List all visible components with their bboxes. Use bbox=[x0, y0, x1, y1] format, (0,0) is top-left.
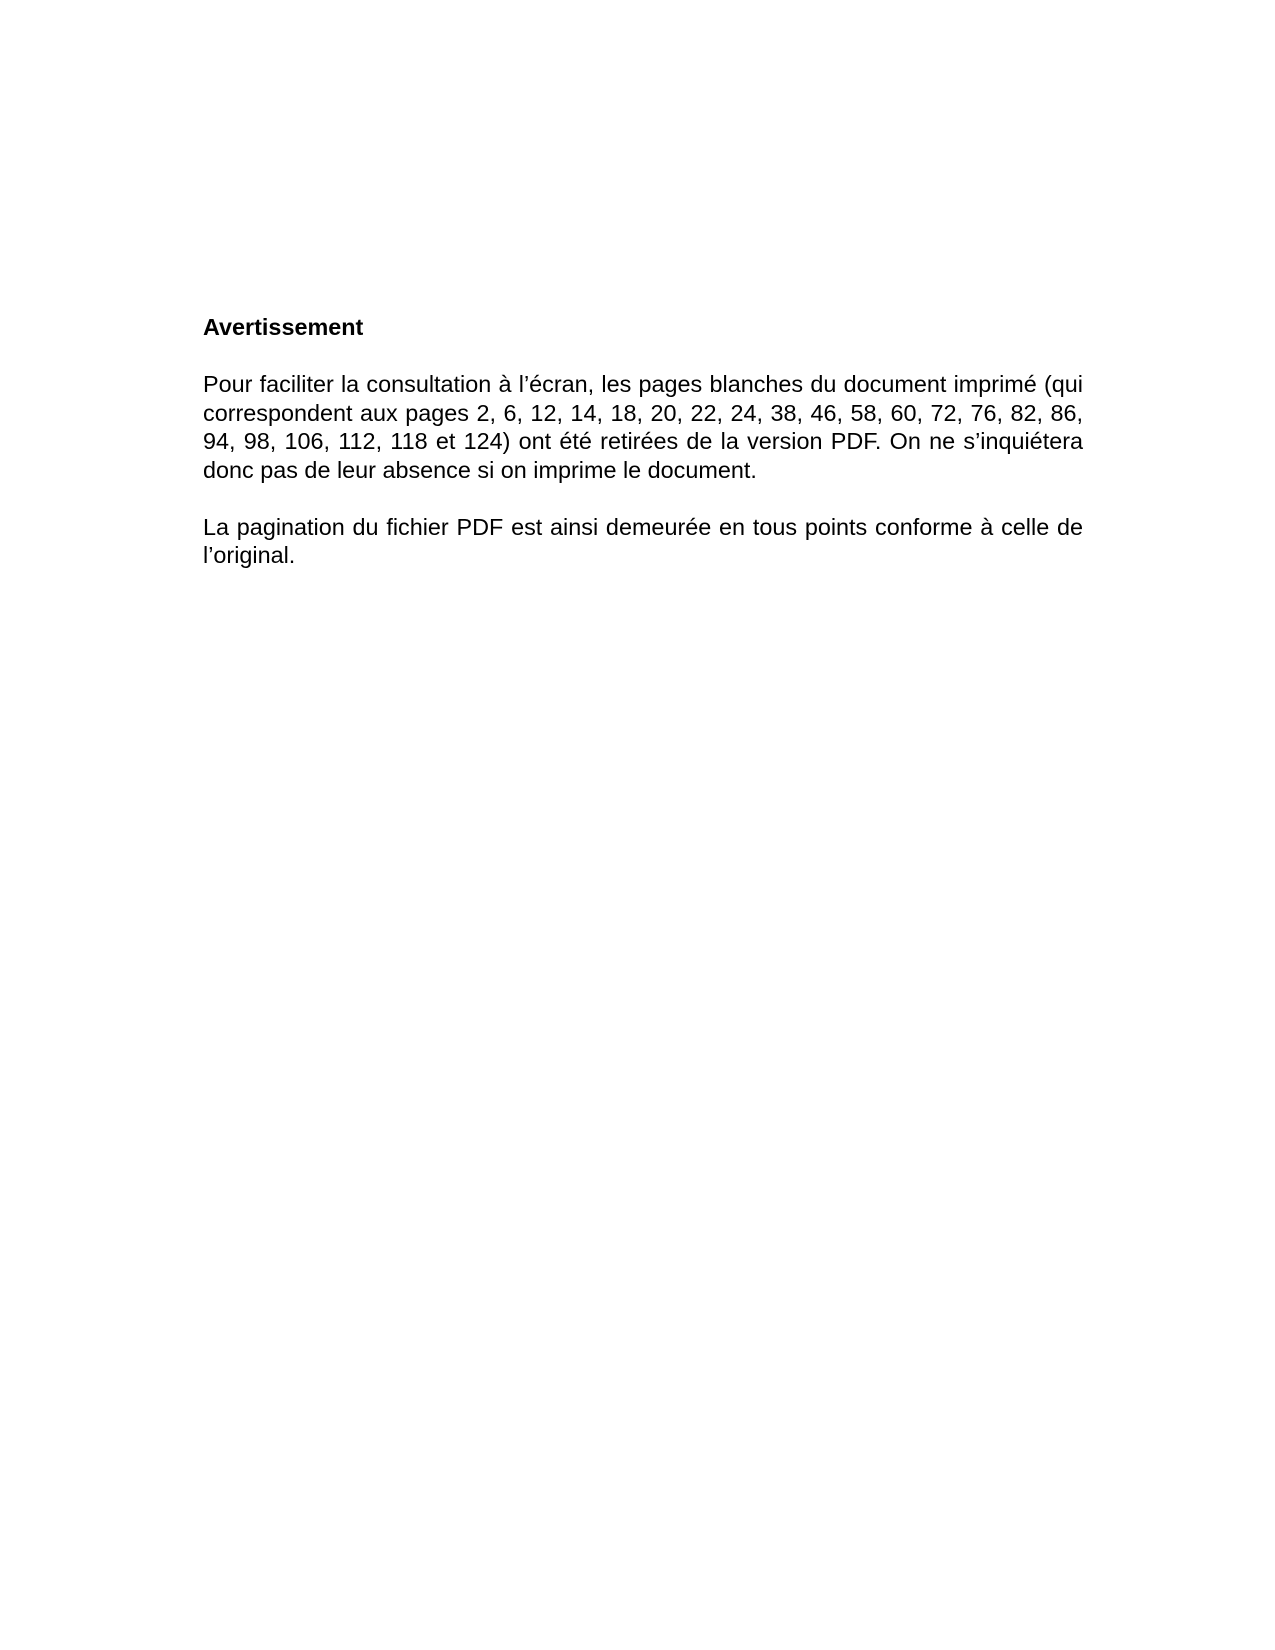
document-page: Avertissement Pour faciliter la consulta… bbox=[0, 0, 1275, 1650]
notice-paragraph-pagination: La pagination du fichier PDF est ainsi d… bbox=[203, 513, 1083, 570]
notice-block: Avertissement Pour faciliter la consulta… bbox=[203, 313, 1083, 598]
notice-heading: Avertissement bbox=[203, 313, 1083, 342]
notice-paragraph-blank-pages: Pour faciliter la consultation à l’écran… bbox=[203, 370, 1083, 484]
